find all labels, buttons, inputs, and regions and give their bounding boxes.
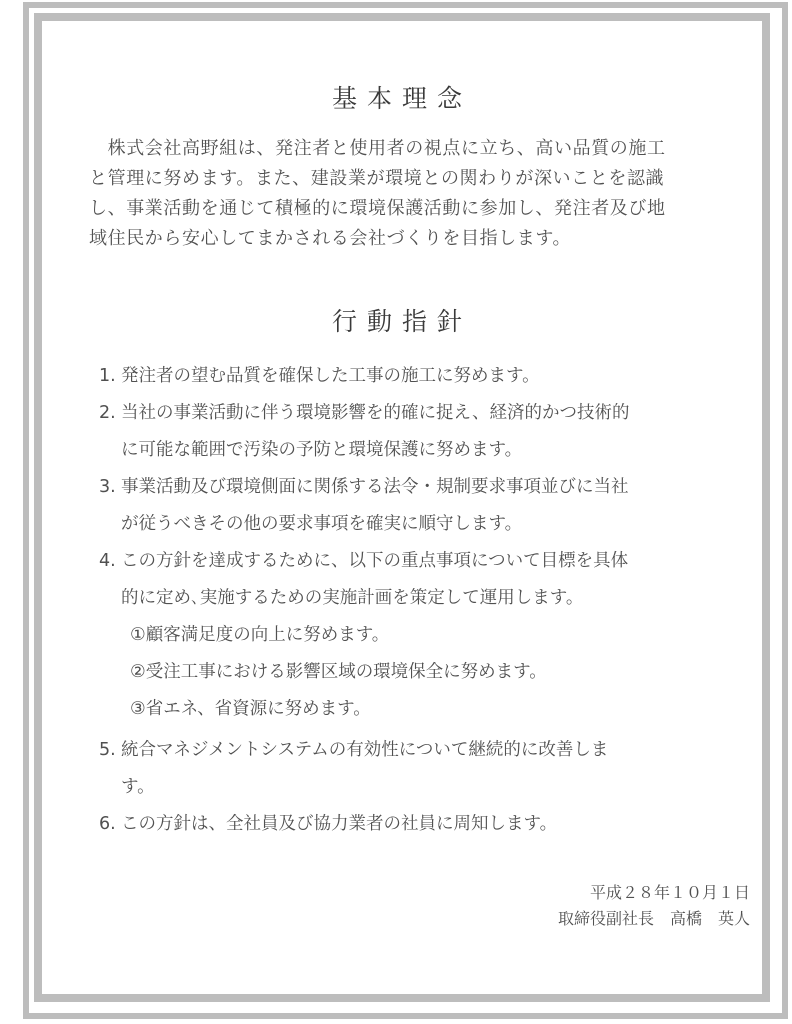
item-number: 2.: [99, 395, 116, 432]
item-text: 事業活動及び環境側面に関係する法令・規制要求事項並びに当社: [121, 469, 739, 506]
item-text: この方針を達成するために、以下の重点事項について目標を具体: [121, 543, 739, 580]
item-text: 発注者の望む品質を確保した工事の施工に努めます。: [121, 358, 739, 395]
guidelines-list: 1. 発注者の望む品質を確保した工事の施工に努めます。 2. 当社の事業活動に伴…: [99, 358, 739, 843]
paragraph-line: と管理に努めます。また、建設業が環境との関わりが深いことを認識: [89, 164, 719, 194]
document-frame: 基本理念 株式会社高野組は、発注者と使用者の視点に立ち、高い品質の施工 と管理に…: [34, 13, 770, 1002]
item-text: が従うべきその他の要求事項を確実に順守します。: [121, 506, 739, 543]
paragraph-line: 株式会社高野組は、発注者と使用者の視点に立ち、高い品質の施工: [89, 134, 719, 164]
philosophy-paragraph: 株式会社高野組は、発注者と使用者の視点に立ち、高い品質の施工 と管理に努めます。…: [89, 134, 719, 254]
item-text: 当社の事業活動に伴う環境影響を的確に捉え、経済的かつ技術的: [121, 395, 739, 432]
list-item: 4. この方針を達成するために、以下の重点事項について目標を具体 的に定め､実施…: [99, 543, 739, 617]
item-number: 1.: [99, 358, 116, 395]
signature-name: 取締役副社長 高橋 英人: [558, 906, 750, 932]
item-text: 的に定め､実施するための実施計画を策定して運用します。: [121, 580, 739, 617]
list-item: 2. 当社の事業活動に伴う環境影響を的確に捉え、経済的かつ技術的 に可能な範囲で…: [99, 395, 739, 469]
list-item: 5. 統合マネジメントシステムの有効性について継続的に改善しま す。: [99, 732, 739, 806]
item-text: 統合マネジメントシステムの有効性について継続的に改善しま: [121, 732, 739, 769]
paragraph-line: 域住民から安心してまかされる会社づくりを目指します。: [89, 224, 719, 254]
list-item: 1. 発注者の望む品質を確保した工事の施工に努めます。: [99, 358, 739, 395]
sub-item: ②受注工事における影響区域の環境保全に努めます。: [99, 654, 739, 691]
item-number: 4.: [99, 543, 116, 580]
item-number: 6.: [99, 806, 116, 843]
sub-item: ①顧客満足度の向上に努めます。: [99, 617, 739, 654]
item-text: に可能な範囲で汚染の予防と環境保護に努めます。: [121, 432, 739, 469]
signature-date: 平成２８年１０月１日: [558, 880, 750, 906]
guidelines-title: 行動指針: [42, 302, 762, 338]
list-item: 3. 事業活動及び環境側面に関係する法令・規制要求事項並びに当社 が従うべきその…: [99, 469, 739, 543]
sub-item: ③省エネ、省資源に努めます。: [99, 691, 739, 728]
item-text: この方針は、全社員及び協力業者の社員に周知します。: [121, 806, 739, 843]
philosophy-title: 基本理念: [42, 79, 762, 115]
item-number: 3.: [99, 469, 116, 506]
signature-block: 平成２８年１０月１日 取締役副社長 高橋 英人: [558, 880, 750, 932]
item-number: 5.: [99, 732, 116, 769]
paragraph-line: し、事業活動を通じて積極的に環境保護活動に参加し、発注者及び地: [89, 194, 719, 224]
item-text: す。: [121, 769, 739, 806]
list-item: 6. この方針は、全社員及び協力業者の社員に周知します。: [99, 806, 739, 843]
